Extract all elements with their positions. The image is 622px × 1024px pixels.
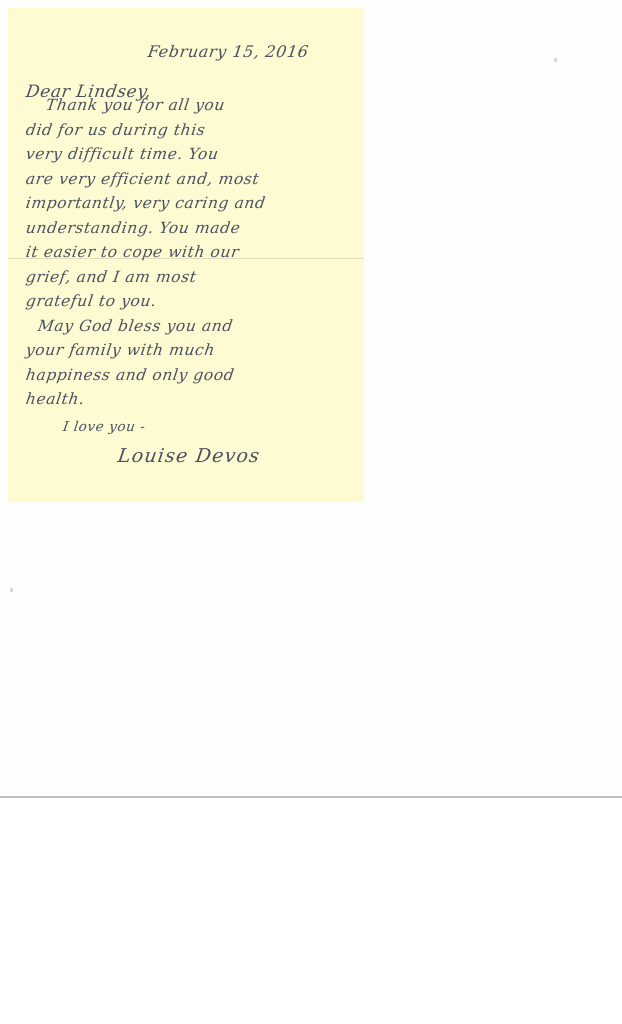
scan-speck — [10, 588, 13, 592]
letter-body-line: importantly, very caring and — [25, 194, 267, 212]
letter-body-line: very difficult time. You — [25, 145, 220, 163]
blank-area — [0, 798, 622, 1024]
letter-body-line: it easier to cope with our — [25, 243, 241, 261]
note-paper: February 15, 2016 Dear Lindsey, Thank yo… — [8, 8, 364, 502]
letter-body-line: Thank you for all you — [45, 96, 227, 114]
letter-body-line: grateful to you. — [25, 292, 158, 310]
letter-body-line: health. — [25, 390, 86, 408]
letter-closing: I love you - — [62, 419, 147, 435]
letter-body-line: grief, and I am most — [25, 268, 198, 286]
letter-signature: Louise Devos — [116, 445, 261, 467]
letter-body-line: May God bless you and — [37, 317, 235, 335]
scanned-page: February 15, 2016 Dear Lindsey, Thank yo… — [0, 0, 622, 797]
scan-speck — [554, 58, 557, 62]
letter-body-line: happiness and only good — [25, 366, 236, 384]
letter-body-line: are very efficient and, most — [25, 170, 261, 188]
letter-date: February 15, 2016 — [147, 42, 310, 61]
letter-body-line: understanding. You made — [25, 219, 242, 237]
letter-body-line: your family with much — [25, 341, 217, 359]
letter-body-line: did for us during this — [25, 121, 207, 139]
